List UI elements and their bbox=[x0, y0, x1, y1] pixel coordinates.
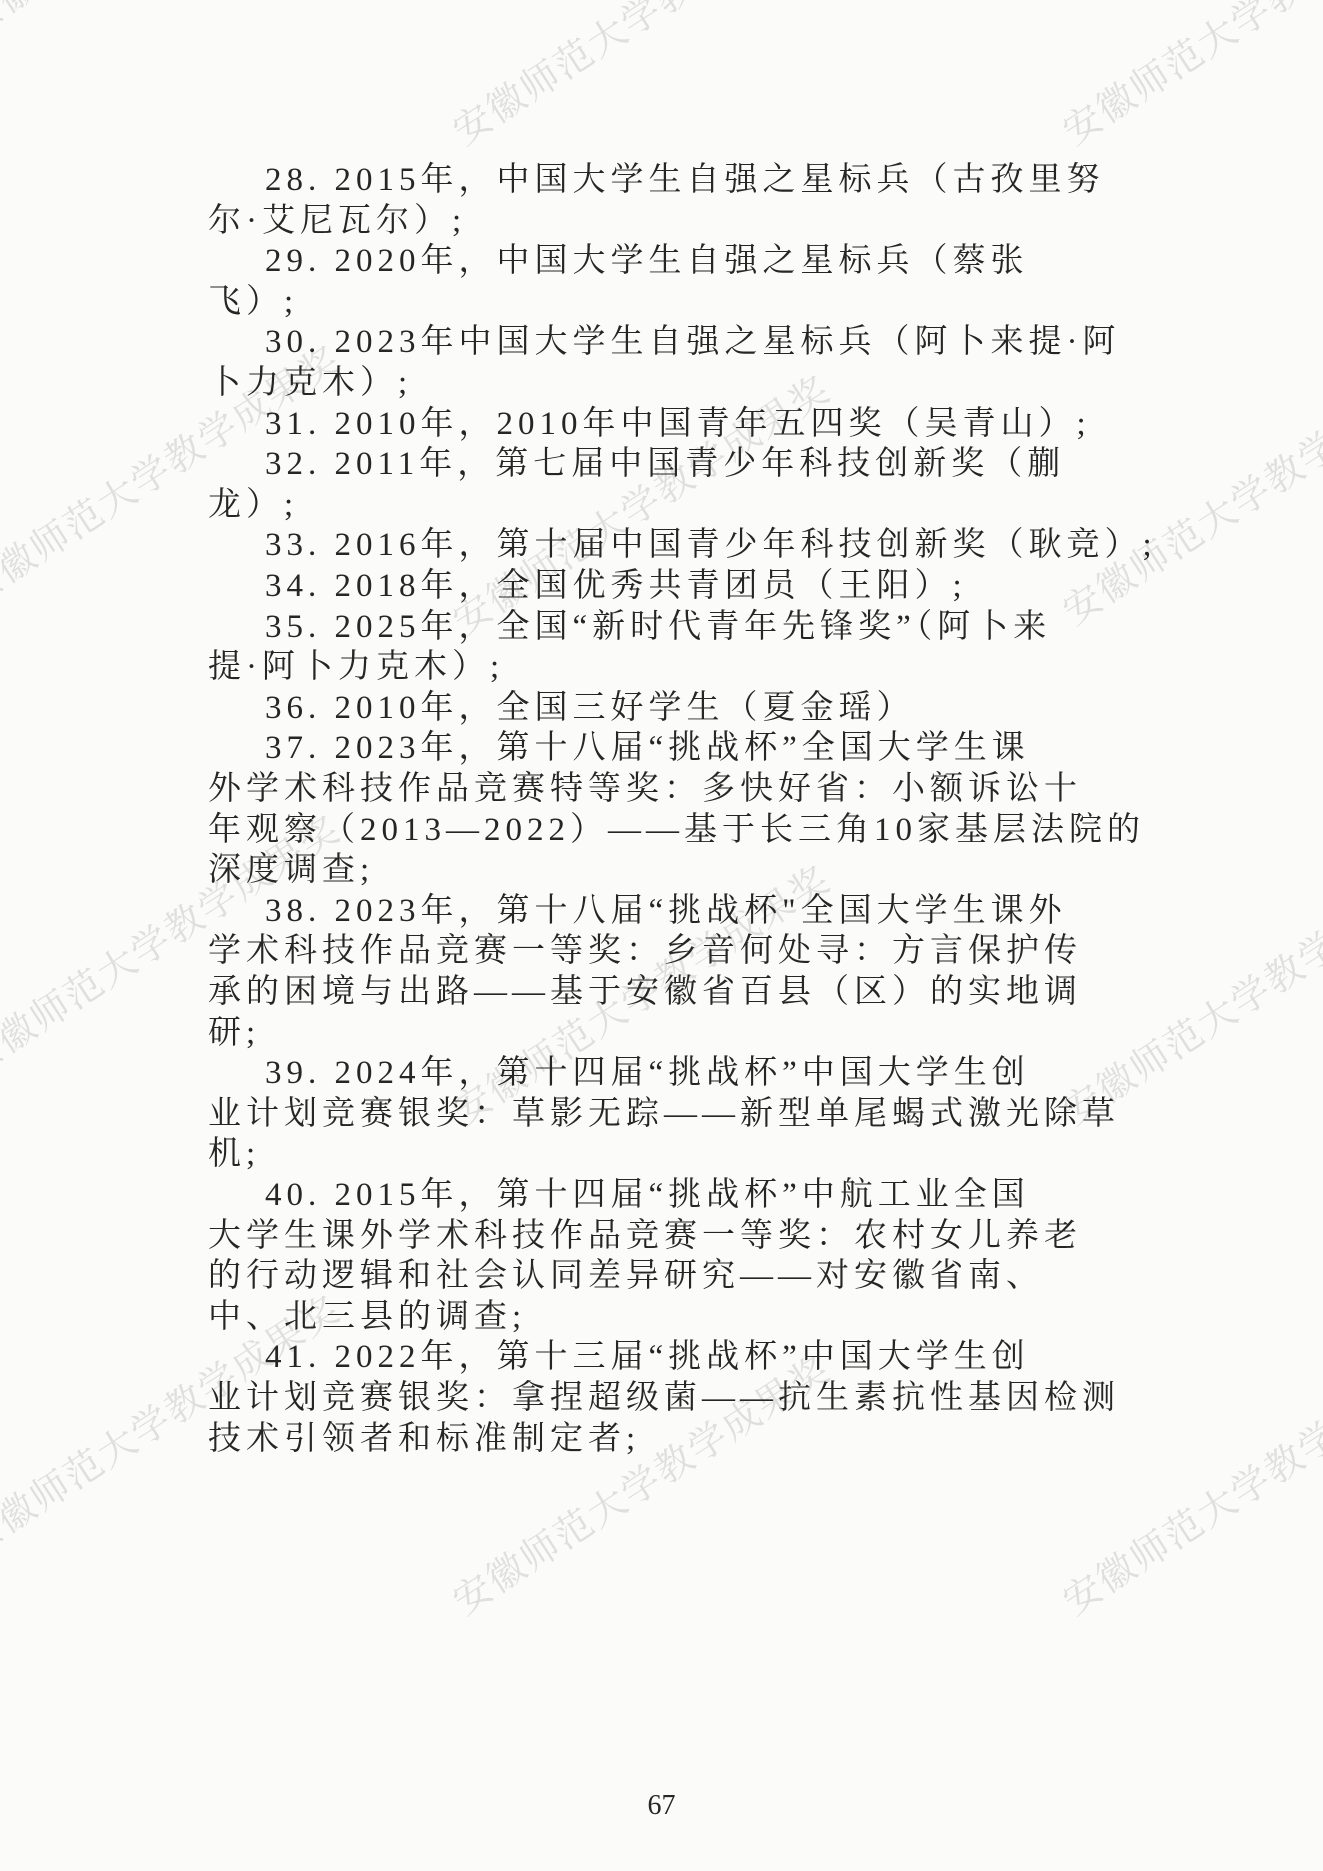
text-line: 深度调查; bbox=[208, 850, 374, 890]
watermark: 安徽师范大学教学成果奖 bbox=[1050, 849, 1323, 1135]
text-line: 研; bbox=[208, 1013, 260, 1053]
text-line: 龙）; bbox=[208, 485, 298, 525]
text-line: 卜力克木）; bbox=[208, 363, 412, 403]
text-line: 38. 2023年，第十八届“挑战杯"全国大学生课外 bbox=[265, 891, 1067, 931]
text-line: 41. 2022年，第十三届“挑战杯”中国大学生创 bbox=[265, 1337, 1030, 1377]
text-line: 33. 2016年，第十届中国青少年科技创新奖（耿竞）; bbox=[265, 525, 1157, 565]
text-line: 35. 2025年，全国“新时代青年先锋奖”（阿卜来 bbox=[265, 607, 1051, 647]
text-line: 提·阿卜力克木）; bbox=[208, 647, 504, 687]
text-line: 业计划竞赛银奖：拿捏超级菌——抗生素抗性基因检测 bbox=[208, 1378, 1120, 1418]
text-line: 外学术科技作品竞赛特等奖：多快好省：小额诉讼十 bbox=[208, 769, 1082, 809]
text-line: 39. 2024年，第十四届“挑战杯”中国大学生创 bbox=[265, 1053, 1030, 1093]
text-line: 29. 2020年，中国大学生自强之星标兵（蔡张 bbox=[265, 241, 1029, 281]
text-line: 30. 2023年中国大学生自强之星标兵（阿卜来提·阿 bbox=[265, 322, 1121, 362]
watermark: 安徽师范大学教学成果奖 bbox=[1050, 0, 1323, 155]
text-line: 中、北三县的调查; bbox=[208, 1297, 526, 1337]
text-line: 40. 2015年，第十四届“挑战杯”中航工业全国 bbox=[265, 1175, 1030, 1215]
text-line: 飞）; bbox=[208, 282, 298, 322]
watermark: 安徽师范大学教学成果奖 bbox=[440, 0, 839, 155]
watermark: 安徽师范大学教学成果奖 bbox=[0, 0, 349, 45]
text-line: 36. 2010年，全国三好学生（夏金瑶） bbox=[265, 688, 915, 728]
text-line: 学术科技作品竞赛一等奖：乡音何处寻：方言保护传 bbox=[208, 931, 1082, 971]
text-line: 32. 2011年，第七届中国青少年科技创新奖（蒯 bbox=[265, 444, 1065, 484]
text-line: 技术引领者和标准制定者; bbox=[208, 1419, 640, 1459]
text-line: 31. 2010年，2010年中国青年五四奖（吴青山）; bbox=[265, 404, 1091, 444]
text-line: 28. 2015年，中国大学生自强之星标兵（古孜里努 bbox=[265, 160, 1105, 200]
text-line: 大学生课外学术科技作品竞赛一等奖：农村女儿养老 bbox=[208, 1216, 1082, 1256]
text-line: 承的困境与出路——基于安徽省百县（区）的实地调 bbox=[208, 972, 1082, 1012]
text-line: 尔·艾尼瓦尔）; bbox=[208, 201, 466, 241]
text-line: 34. 2018年，全国优秀共青团员（王阳）; bbox=[265, 566, 967, 606]
text-line: 业计划竞赛银奖：草影无踪——新型单尾蝎式激光除草 bbox=[208, 1094, 1120, 1134]
watermark: 安徽师范大学教学成果奖 bbox=[1050, 349, 1323, 635]
text-line: 年观察（2013—2022）——基于长三角10家基层法院的 bbox=[208, 810, 1145, 850]
text-line: 机; bbox=[208, 1134, 260, 1174]
page-number: 67 bbox=[0, 1790, 1323, 1822]
text-line: 的行动逻辑和社会认同差异研究——对安徽省南、 bbox=[208, 1256, 1044, 1296]
text-line: 37. 2023年，第十八届“挑战杯”全国大学生课 bbox=[265, 728, 1030, 768]
